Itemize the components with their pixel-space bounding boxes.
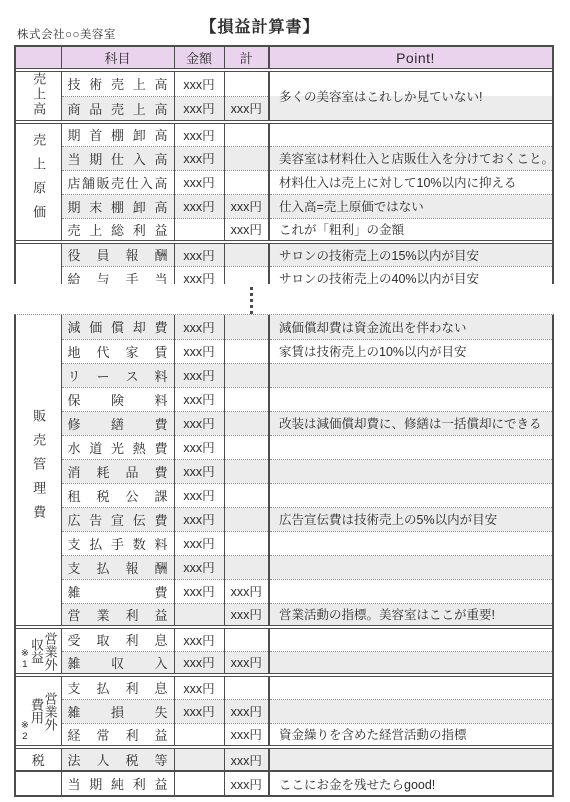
account-item-label: 広告宣伝費 <box>62 510 174 529</box>
amount-cell: xxx円 <box>174 387 224 411</box>
account-item-label: 店舗販売仕入高 <box>62 173 174 192</box>
company-name: 株式会社○○美容室 <box>17 26 116 42</box>
total-cell <box>224 459 269 483</box>
table-row: 税法人税等xxx円 <box>16 747 552 771</box>
account-item-cell: 法人税等 <box>61 747 174 771</box>
account-item-cell: 受取利息 <box>61 627 174 651</box>
account-item-cell: 期首棚卸高 <box>61 122 174 146</box>
account-item-label: 修繕費 <box>62 414 174 433</box>
amount-cell <box>174 218 224 242</box>
group-label: 販売管理費 <box>31 409 45 529</box>
total-cell <box>224 627 269 651</box>
table-row: 営業利益xxx円営業活動の指標。美容室はここが重要! <box>16 603 552 627</box>
point-comment-cell <box>269 387 552 411</box>
total-cell: xxx円 <box>224 603 269 627</box>
table-row: 広告宣伝費xxx円広告宣伝費は技術売上の5%以内が目安 <box>16 507 552 531</box>
ellipsis-break-icon <box>250 287 253 314</box>
point-comment-cell: ここにお金を残せたらgood! <box>269 771 552 795</box>
point-comment-cell <box>269 483 552 507</box>
amount-cell: xxx円 <box>174 315 224 339</box>
amount-cell: xxx円 <box>174 339 224 363</box>
point-comment-cell <box>269 122 552 146</box>
account-item-label: 租税公課 <box>62 486 174 505</box>
table-row: 保険料xxx円 <box>16 387 552 411</box>
group-label-cell: 売上原価 <box>16 122 61 242</box>
table-row: 租税公課xxx円 <box>16 483 552 507</box>
table-row: 経常利益xxx円資金繰りを含めた経営活動の指標 <box>16 723 552 747</box>
account-item-label: 支払利息 <box>62 678 174 697</box>
table-row: 店舗販売仕入高xxx円材料仕入は売上に対して10%以内に抑える <box>16 170 552 194</box>
group-footnote-ref: ※1 <box>20 648 30 670</box>
account-item-cell: 雑収入 <box>61 651 174 675</box>
table-row: 修繕費xxx円改装は減価償却費に、修繕は一括償却にできる <box>16 411 552 435</box>
point-comment-cell <box>269 579 552 603</box>
total-cell <box>224 411 269 435</box>
total-cell <box>224 122 269 146</box>
total-cell <box>224 555 269 579</box>
point-comment-cell: 広告宣伝費は技術売上の5%以内が目安 <box>269 507 552 531</box>
amount-cell <box>174 747 224 771</box>
amount-cell: xxx円 <box>174 122 224 146</box>
point-comment-cell: 資金繰りを含めた経営活動の指標 <box>269 723 552 747</box>
account-item-cell: 経常利益 <box>61 723 174 747</box>
amount-cell: xxx円 <box>174 531 224 555</box>
total-cell <box>224 146 269 170</box>
total-cell: xxx円 <box>224 96 269 122</box>
account-item-cell: 租税公課 <box>61 483 174 507</box>
account-item-label: 消耗品費 <box>62 462 174 481</box>
group-label-cell <box>16 771 61 795</box>
group-label-sub: 収益 <box>29 638 43 664</box>
table-row: ※1収益営業外受取利息xxx円 <box>16 627 552 651</box>
account-item-cell: 修繕費 <box>61 411 174 435</box>
amount-cell: xxx円 <box>174 242 224 266</box>
group-label-cell: 税 <box>16 747 61 771</box>
account-item-label: 売上総利益 <box>62 220 174 239</box>
header-group <box>16 47 61 70</box>
table-row: 雑損失xxx円xxx円 <box>16 699 552 723</box>
total-cell <box>224 531 269 555</box>
table-break <box>14 284 554 314</box>
total-cell <box>224 507 269 531</box>
point-comment-cell <box>269 675 552 699</box>
total-cell: xxx円 <box>224 723 269 747</box>
table-header-row: 科目 金額 計 Point! <box>16 47 552 70</box>
account-item-cell: 支払報酬 <box>61 555 174 579</box>
amount-cell: xxx円 <box>174 194 224 218</box>
account-item-cell: 地代家賃 <box>61 339 174 363</box>
point-comment-cell: 減価償却費は資金流出を伴わない <box>269 315 552 339</box>
amount-cell: xxx円 <box>174 627 224 651</box>
point-comment-cell: 仕入高=売上原価ではない <box>269 194 552 218</box>
account-item-label: 法人税等 <box>62 750 174 769</box>
account-item-label: 支払手数料 <box>62 534 174 553</box>
point-comment-cell <box>269 555 552 579</box>
account-item-label: 受取利息 <box>62 630 174 649</box>
group-label: ※2費用営業外 <box>16 677 61 745</box>
account-item-cell: 店舗販売仕入高 <box>61 170 174 194</box>
table-row: 雑費xxx円xxx円 <box>16 579 552 603</box>
amount-cell: xxx円 <box>174 70 224 96</box>
group-label-main: 営業外 <box>43 632 57 671</box>
account-item-cell: 消耗品費 <box>61 459 174 483</box>
amount-cell: xxx円 <box>174 555 224 579</box>
point-comment-cell <box>269 747 552 771</box>
account-item-cell: 支払利息 <box>61 675 174 699</box>
table-row: 売上原価期首棚卸高xxx円 <box>16 122 552 146</box>
amount-cell: xxx円 <box>174 435 224 459</box>
point-comment-cell: 家賃は技術売上の10%以内が目安 <box>269 339 552 363</box>
table-row: 支払報酬xxx円 <box>16 555 552 579</box>
total-cell <box>224 483 269 507</box>
point-comment-cell: これが「粗利」の金額 <box>269 218 552 242</box>
account-item-label: 水道光熱費 <box>62 438 174 457</box>
page-title: 【損益計算書】 <box>200 14 319 37</box>
pl-table-lower: 販売管理費減価償却費xxx円減価償却費は資金流出を伴わない地代家賃xxx円家賃は… <box>14 314 554 797</box>
account-item-cell: 広告宣伝費 <box>61 507 174 531</box>
amount-cell: xxx円 <box>174 146 224 170</box>
account-item-label: 当期仕入高 <box>62 149 174 168</box>
account-item-label: 役員報酬 <box>62 245 174 264</box>
pl-table-upper: 科目 金額 計 Point! 売上高技術売上高xxx円多くの美容室はこれしか見て… <box>14 45 554 291</box>
total-cell: xxx円 <box>224 194 269 218</box>
table-row: 売上総利益xxx円これが「粗利」の金額 <box>16 218 552 242</box>
account-item-label: リース料 <box>62 366 174 385</box>
account-item-cell: 技術売上高 <box>61 70 174 96</box>
amount-cell <box>174 771 224 795</box>
amount-cell: xxx円 <box>174 651 224 675</box>
account-item-label: 地代家賃 <box>62 342 174 361</box>
table-row: 売上高技術売上高xxx円多くの美容室はこれしか見ていない! <box>16 70 552 96</box>
header-point: Point! <box>269 47 552 70</box>
total-cell: xxx円 <box>224 579 269 603</box>
amount-cell: xxx円 <box>174 507 224 531</box>
account-item-cell: 売上総利益 <box>61 218 174 242</box>
amount-cell <box>174 723 224 747</box>
point-comment-cell: 材料仕入は売上に対して10%以内に抑える <box>269 170 552 194</box>
account-item-label: 雑費 <box>62 582 174 601</box>
table-row: 雑収入xxx円xxx円 <box>16 651 552 675</box>
account-item-cell: 期末棚卸高 <box>61 194 174 218</box>
amount-cell: xxx円 <box>174 363 224 387</box>
point-comment-cell: 改装は減価償却費に、修繕は一括償却にできる <box>269 411 552 435</box>
table-row: ※2費用営業外支払利息xxx円 <box>16 675 552 699</box>
table-row: 役員報酬xxx円サロンの技術売上の15%以内が目安 <box>16 242 552 266</box>
account-item-label: 減価償却費 <box>62 317 174 336</box>
account-item-cell: 当期仕入高 <box>61 146 174 170</box>
point-comment-cell <box>269 627 552 651</box>
total-cell <box>224 339 269 363</box>
point-comment-cell: 美容室は材料仕入と店販仕入を分けておくこと。 <box>269 146 552 170</box>
header-total: 計 <box>224 47 269 70</box>
account-item-label: 営業利益 <box>62 605 174 624</box>
account-item-cell: 当期純利益 <box>61 771 174 795</box>
account-item-cell: 減価償却費 <box>61 315 174 339</box>
total-cell: xxx円 <box>224 218 269 242</box>
table-row: 消耗品費xxx円 <box>16 459 552 483</box>
account-item-label: 当期純利益 <box>62 774 174 793</box>
total-cell: xxx円 <box>224 651 269 675</box>
group-label-cell: 売上高 <box>16 70 61 122</box>
account-item-cell: 商品売上高 <box>61 96 174 122</box>
account-item-label: 雑損失 <box>62 702 174 721</box>
total-cell: xxx円 <box>224 771 269 795</box>
group-label-sub: 費用 <box>29 698 43 724</box>
account-item-label: 支払報酬 <box>62 558 174 577</box>
account-item-cell: 保険料 <box>61 387 174 411</box>
table-row: 当期純利益xxx円ここにお金を残せたらgood! <box>16 771 552 795</box>
table-row: 期末棚卸高xxx円xxx円仕入高=売上原価ではない <box>16 194 552 218</box>
total-cell <box>224 675 269 699</box>
account-item-cell: 水道光熱費 <box>61 435 174 459</box>
amount-cell: xxx円 <box>174 675 224 699</box>
header-item: 科目 <box>61 47 174 70</box>
point-comment-cell <box>269 651 552 675</box>
account-item-label: 保険料 <box>62 390 174 409</box>
pl-statement-page: 【損益計算書】 株式会社○○美容室 科目 金額 計 Point! 売上高技術売上… <box>0 0 570 802</box>
account-item-label: 雑収入 <box>62 653 174 672</box>
group-label: ※1収益営業外 <box>16 629 61 673</box>
account-item-cell: 雑費 <box>61 579 174 603</box>
total-cell <box>224 435 269 459</box>
header-amount: 金額 <box>174 47 224 70</box>
table-row: 地代家賃xxx円家賃は技術売上の10%以内が目安 <box>16 339 552 363</box>
amount-cell: xxx円 <box>174 483 224 507</box>
table-row: 販売管理費減価償却費xxx円減価償却費は資金流出を伴わない <box>16 315 552 339</box>
table-row: 水道光熱費xxx円 <box>16 435 552 459</box>
group-label-cell: ※2費用営業外 <box>16 675 61 747</box>
group-label-cell: ※1収益営業外 <box>16 627 61 675</box>
total-cell: xxx円 <box>224 699 269 723</box>
point-comment-cell <box>269 435 552 459</box>
amount-cell: xxx円 <box>174 170 224 194</box>
group-label-main: 営業外 <box>43 692 57 731</box>
group-label: 売上高 <box>31 72 45 117</box>
point-comment-cell <box>269 459 552 483</box>
point-comment-cell: 営業活動の指標。美容室はここが重要! <box>269 603 552 627</box>
pl-table: 科目 金額 計 Point! 売上高技術売上高xxx円多くの美容室はこれしか見て… <box>16 47 552 290</box>
amount-cell <box>174 603 224 627</box>
group-label-cell <box>16 242 61 290</box>
group-label-cell: 販売管理費 <box>16 315 61 627</box>
table-row: 当期仕入高xxx円美容室は材料仕入と店販仕入を分けておくこと。 <box>16 146 552 170</box>
account-item-cell: 雑損失 <box>61 699 174 723</box>
total-cell <box>224 242 269 266</box>
total-cell <box>224 363 269 387</box>
account-item-label: 経常利益 <box>62 725 174 744</box>
account-item-cell: リース料 <box>61 363 174 387</box>
total-cell <box>224 70 269 96</box>
table-row: 支払手数料xxx円 <box>16 531 552 555</box>
group-footnote-ref: ※2 <box>20 720 30 742</box>
amount-cell: xxx円 <box>174 96 224 122</box>
point-comment-cell <box>269 363 552 387</box>
amount-cell: xxx円 <box>174 411 224 435</box>
point-comment-cell: サロンの技術売上の15%以内が目安 <box>269 242 552 266</box>
total-cell <box>224 170 269 194</box>
total-cell <box>224 315 269 339</box>
point-comment-cell: 多くの美容室はこれしか見ていない! <box>269 70 552 122</box>
amount-cell: xxx円 <box>174 459 224 483</box>
amount-cell: xxx円 <box>174 699 224 723</box>
account-item-label: 期首棚卸高 <box>62 125 174 144</box>
account-item-cell: 役員報酬 <box>61 242 174 266</box>
point-comment-cell <box>269 531 552 555</box>
table-row: リース料xxx円 <box>16 363 552 387</box>
pl-table-continued: 販売管理費減価償却費xxx円減価償却費は資金流出を伴わない地代家賃xxx円家賃は… <box>16 315 552 795</box>
point-comment-cell <box>269 699 552 723</box>
account-item-label: 商品売上高 <box>62 99 174 118</box>
amount-cell: xxx円 <box>174 579 224 603</box>
total-cell <box>224 387 269 411</box>
account-item-cell: 営業利益 <box>61 603 174 627</box>
group-label: 売上原価 <box>31 133 45 229</box>
total-cell: xxx円 <box>224 747 269 771</box>
account-item-cell: 支払手数料 <box>61 531 174 555</box>
account-item-label: 技術売上高 <box>62 74 174 93</box>
account-item-label: 期末棚卸高 <box>62 197 174 216</box>
